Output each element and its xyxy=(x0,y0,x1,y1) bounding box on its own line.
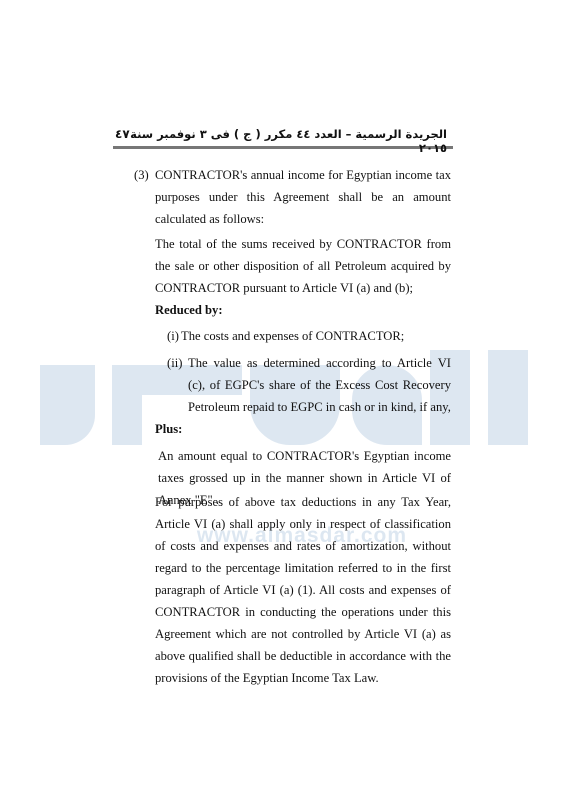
item-3-text: CONTRACTOR's annual income for Egyptian … xyxy=(155,164,451,230)
item-3-label: (3) xyxy=(134,164,149,186)
plus-heading: Plus: xyxy=(155,418,182,440)
reduction-i-text: The costs and expenses of CONTRACTOR; xyxy=(181,325,451,347)
tax-deduction-paragraph: For purposes of above tax deductions in … xyxy=(155,491,451,689)
page-header: ٤٧ الجريدة الرسمية – العدد ٤٤ مكرر ( ج )… xyxy=(113,126,453,149)
reduction-ii-text: The value as determined according to Art… xyxy=(188,352,451,418)
total-sums-paragraph: The total of the sums received by CONTRA… xyxy=(155,233,451,299)
reduction-ii-label: (ii) xyxy=(167,352,182,374)
reduced-by-heading: Reduced by: xyxy=(155,299,223,321)
gazette-header-title: الجريدة الرسمية – العدد ٤٤ مكرر ( ج ) فى… xyxy=(113,127,447,155)
reduction-i-label: (i) xyxy=(167,325,179,347)
